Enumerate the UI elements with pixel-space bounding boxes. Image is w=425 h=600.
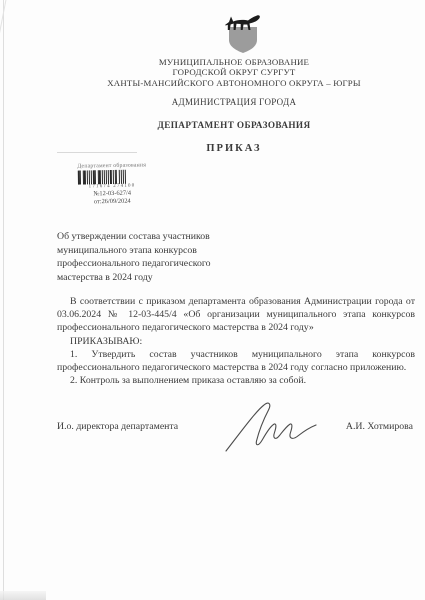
scanned-order-document: МУНИЦИПАЛЬНОЕ ОБРАЗОВАНИЕ ГОРОДСКОЙ ОКРУ…: [0, 0, 425, 600]
department-line: ДЕПАРТАМЕНТ ОБРАЗОВАНИЯ: [44, 120, 424, 130]
registration-stamp: Департамент образования 171674 274100 №1…: [68, 162, 157, 206]
shield-shape: [229, 27, 257, 53]
handwritten-signature: [222, 397, 318, 455]
stamp-date: от:26/09/2024: [68, 197, 156, 206]
fox-and-shield-icon: [224, 13, 262, 59]
administration-line: АДМИНИСТРАЦИЯ ГОРОДА: [44, 97, 424, 107]
order-subject: Об утверждении состава участников муници…: [57, 230, 262, 284]
body-resolve-word: ПРИКАЗЫВАЮ:: [57, 335, 415, 348]
body-item-1: 1. Утвердить состав участников муниципал…: [57, 348, 415, 374]
signer-name: А.И. Хотмирова: [346, 421, 413, 432]
body-paragraph-1: В соответствии с приказом департамента о…: [57, 295, 415, 335]
barcode: [78, 169, 146, 184]
signer-position: И.о. директора департамента: [57, 421, 178, 432]
signature-stroke-icon: [222, 397, 318, 455]
surgut-coat-of-arms: [224, 13, 262, 59]
scan-line-artifact: [57, 152, 137, 153]
order-body: В соответствии с приказом департамента о…: [57, 295, 415, 387]
body-item-2: 2. Контроль за выполнением приказа остав…: [57, 374, 415, 387]
scan-smudge-artifact: [0, 591, 46, 600]
barcode-bar: [124, 170, 126, 184]
municipality-header: МУНИЦИПАЛЬНОЕ ОБРАЗОВАНИЕ ГОРОДСКОЙ ОКРУ…: [44, 57, 424, 88]
scan-edge-artifact: [3, 0, 4, 600]
